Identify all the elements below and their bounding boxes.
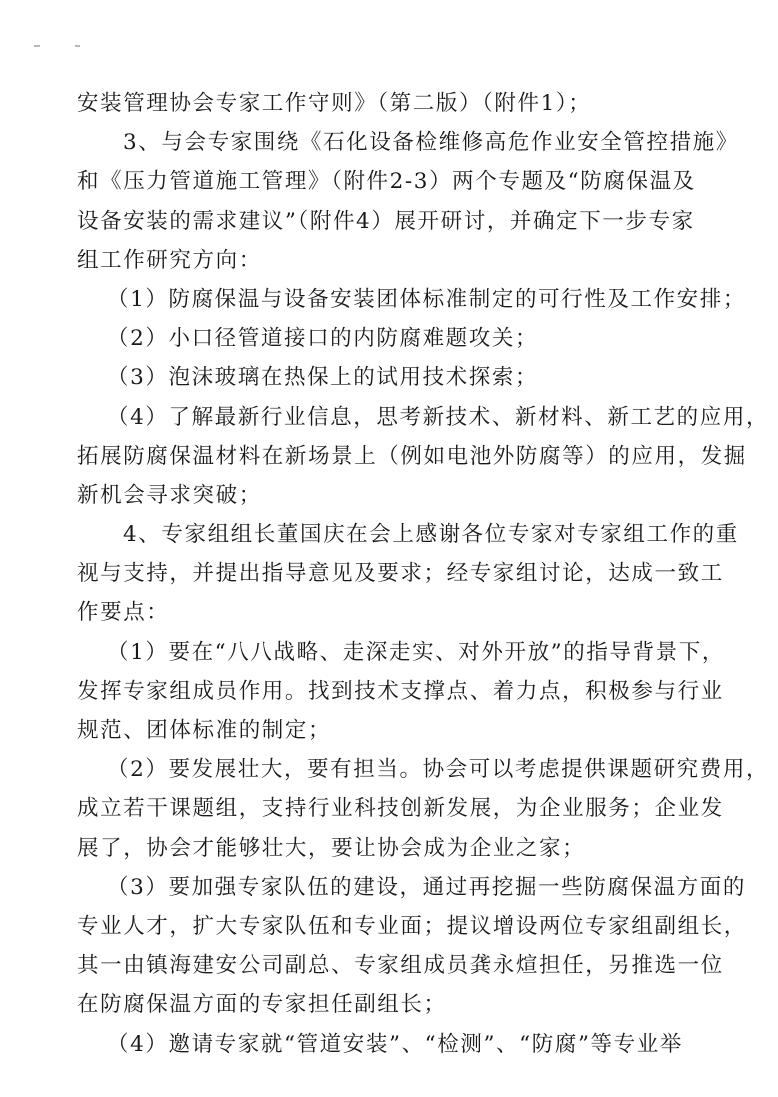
- text-line: 设备安装的需求建议”（附件4）展开研讨，并确定下一步专家: [77, 202, 689, 241]
- scan-mark: [34, 45, 40, 47]
- list-item-line: （4）邀请专家就“管道安装”、“检测”、“防腐”等专业举: [77, 1025, 689, 1064]
- list-item-line: （4）了解最新行业信息，思考新技术、新材料、新工艺的应用，: [77, 398, 689, 437]
- list-item-line: （1）要在“八八战略、走深走实、对外开放”的指导背景下，: [77, 633, 689, 672]
- text-line: 专业人才，扩大专家队伍和专业面；提议增设两位专家组副组长，: [77, 907, 689, 946]
- list-item-line: （3）要加强专家队伍的建设，通过再挖掘一些防腐保温方面的: [77, 868, 689, 907]
- text-line: 作要点：: [77, 593, 689, 632]
- text-line: 和《压力管道施工管理》（附件2-3）两个专题及“防腐保温及: [77, 162, 689, 201]
- text-line: 组工作研究方向：: [77, 241, 689, 280]
- text-line: 成立若干课题组，支持行业科技创新发展，为企业服务；企业发: [77, 789, 689, 828]
- document-page: 安装管理协会专家工作守则》（第二版）（附件1）； 3、与会专家围绕《石化设备检维…: [77, 84, 689, 1064]
- text-line: 展了，协会才能够壮大，要让协会成为企业之家；: [77, 829, 689, 868]
- text-line: 规范、团体标准的制定；: [77, 711, 689, 750]
- text-line: 其一由镇海建安公司副总、专家组成员龚永煊担任，另推选一位: [77, 946, 689, 985]
- text-line: 发挥专家组成员作用。找到技术支撑点、着力点，积极参与行业: [77, 672, 689, 711]
- list-item-line: （3）泡沫玻璃在热保上的试用技术探索；: [77, 358, 689, 397]
- text-line: 在防腐保温方面的专家担任副组长；: [77, 985, 689, 1024]
- list-item-line: （2）要发展壮大，要有担当。协会可以考虑提供课题研究费用，: [77, 750, 689, 789]
- section-4-heading-line: 4、专家组组长董国庆在会上感谢各位专家对专家组工作的重: [77, 515, 689, 554]
- text-line: 视与支持，并提出指导意见及要求；经专家组讨论，达成一致工: [77, 554, 689, 593]
- section-3-heading-line: 3、与会专家围绕《石化设备检维修高危作业安全管控措施》: [77, 123, 689, 162]
- text-line: 拓展防腐保温材料在新场景上（例如电池外防腐等）的应用，发掘: [77, 437, 689, 476]
- text-line: 新机会寻求突破；: [77, 476, 689, 515]
- scan-mark: [75, 45, 80, 47]
- list-item-line: （1）防腐保温与设备安装团体标准制定的可行性及工作安排；: [77, 280, 689, 319]
- list-item-line: （2）小口径管道接口的内防腐难题攻关；: [77, 319, 689, 358]
- text-line: 安装管理协会专家工作守则》（第二版）（附件1）；: [77, 84, 689, 123]
